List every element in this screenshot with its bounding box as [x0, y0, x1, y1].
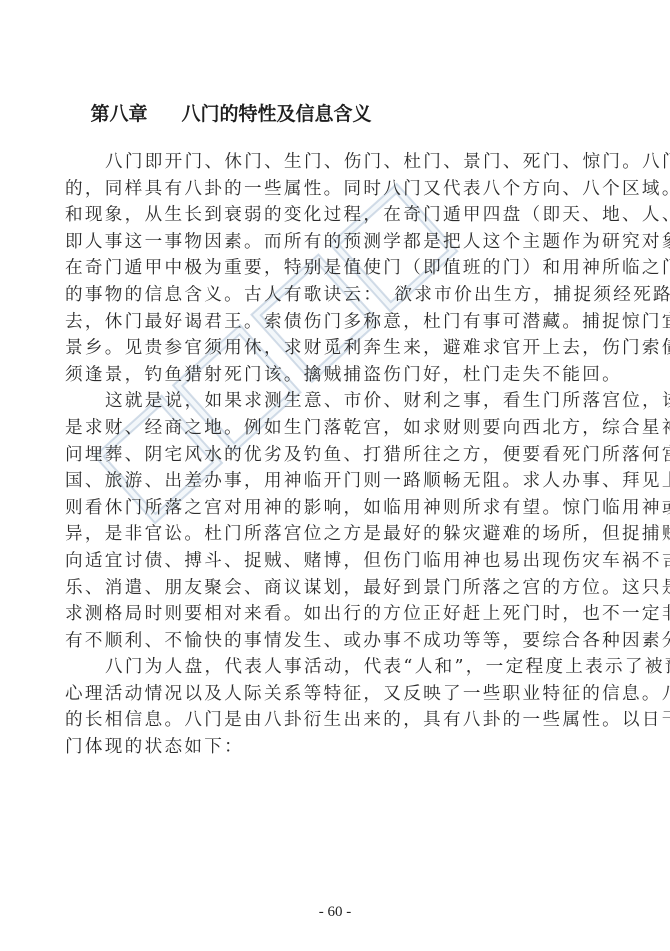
text-line: 问埋葬、阴宅风水的优劣及钓鱼、打猎所往之方，便要看死门所落何宫。如果远行、出: [65, 442, 635, 469]
text-line: 有不顺利、不愉快的事情发生、或办事不成功等等，要综合各种因素分析判断。: [65, 628, 635, 655]
text-line: 八门即开门、休门、生门、伤门、杜门、景门、死门、惊门。八门是由八卦衍生而来: [65, 149, 635, 176]
text-line: 的长相信息。八门是由八卦衍生出来的，具有八卦的一些属性。以日干为例，日干所临八: [65, 707, 635, 734]
page-number: - 60 -: [0, 904, 670, 921]
text-line: 国、旅游、出差办事，用神临开门则一路顺畅无阻。求人办事、拜见上级领导即求谒贵人: [65, 468, 635, 495]
text-line: 求测格局时则要相对来看。如出行的方位正好赶上死门时，也不一定非要死人，大多则为: [65, 601, 635, 628]
chapter-number: 第八章: [90, 102, 181, 126]
text-line: 景乡。见贵参官须用休，求财觅利奔生来，避难求官开上去，伤门索债可相催。寻人觅故: [65, 335, 635, 362]
text-line: 异，是非官讼。杜门所落宫位之方是最好的躲灾避难的场所，但捉捕贼人却不宜。伤门方: [65, 521, 635, 548]
text-line: 八门为人盘，代表人事活动，代表“人和”，一定程度上表示了被预测人的心情心态: [65, 654, 635, 681]
text-line: 心理活动情况以及人际关系等特征，又反映了一些职业特征的信息。八门也能体现一些人: [65, 681, 635, 708]
paragraph-3: 八门为人盘，代表人事活动，代表“人和”，一定程度上表示了被预测人的心情心态 心理…: [65, 654, 635, 760]
text-line: 乐、消遣、朋友聚会、商议谋划，最好到景门所落之宫的方位。这只是大致的比附，判断: [65, 575, 635, 602]
text-line: 须逢景，钓鱼猎射死门该。擒贼捕盗伤门好，杜门走失不能回。: [65, 362, 635, 389]
chapter-heading: 第八章八门的特性及信息含义: [64, 78, 371, 150]
text-line: 的，同样具有八卦的一些属性。同时八门又代表八个方向、八个区域。八门又反映了事物: [65, 176, 635, 203]
text-line: 的事物的信息含义。古人有歌诀云： 欲求市价出生方，捕捉须经死路强。要问远行开户: [65, 282, 635, 309]
paragraph-1: 八门即开门、休门、生门、伤门、杜门、景门、死门、惊门。八门是由八卦衍生而来 的，…: [65, 149, 635, 388]
text-line: 和现象，从生长到衰弱的变化过程，在奇门遁甲四盘（即天、地、人、神）中代表人和，: [65, 202, 635, 229]
text-line: 在奇门遁甲中极为重要，特别是值使门（即值班的门）和用神所临之门基本上反映所求测: [65, 255, 635, 282]
text-line: 去，休门最好谒君王。索债伤门多称意，杜门有事可潜藏。捕捉惊门宜词讼，献策酒食出: [65, 309, 635, 336]
text-line: 门体现的状态如下：: [65, 734, 635, 761]
text-line: 向适宜讨债、搏斗、捉贼、赌博，但伤门临用神也易出现伤灾车祸不吉之事。如果饮酒作: [65, 548, 635, 575]
text-line: 是求财、经商之地。例如生门落乾宫，如求财则要向西北方，综合星神格局辨其优劣。要: [65, 415, 635, 442]
body-text: 八门即开门、休门、生门、伤门、杜门、景门、死门、惊门。八门是由八卦衍生而来 的，…: [65, 149, 635, 761]
text-line: 这就是说，如果求测生意、市价、财利之事，看生门所落宫位，该宫所代表的方向便: [65, 388, 635, 415]
text-line: 则看休门所落之宫对用神的影响，如临用神则所求有望。惊门临用神或所在之宫多惊恐怪: [65, 495, 635, 522]
paragraph-2: 这就是说，如果求测生意、市价、财利之事，看生门所落宫位，该宫所代表的方向便 是求…: [65, 388, 635, 654]
chapter-title: 八门的特性及信息含义: [181, 103, 371, 125]
document-page: □□□□ 第八章八门的特性及信息含义 八门即开门、休门、生门、伤门、杜门、景门、…: [0, 0, 670, 951]
text-line: 即人事这一事物因素。而所有的预测学都是把人这个主题作为研究对象，所以八门的作用: [65, 229, 635, 256]
